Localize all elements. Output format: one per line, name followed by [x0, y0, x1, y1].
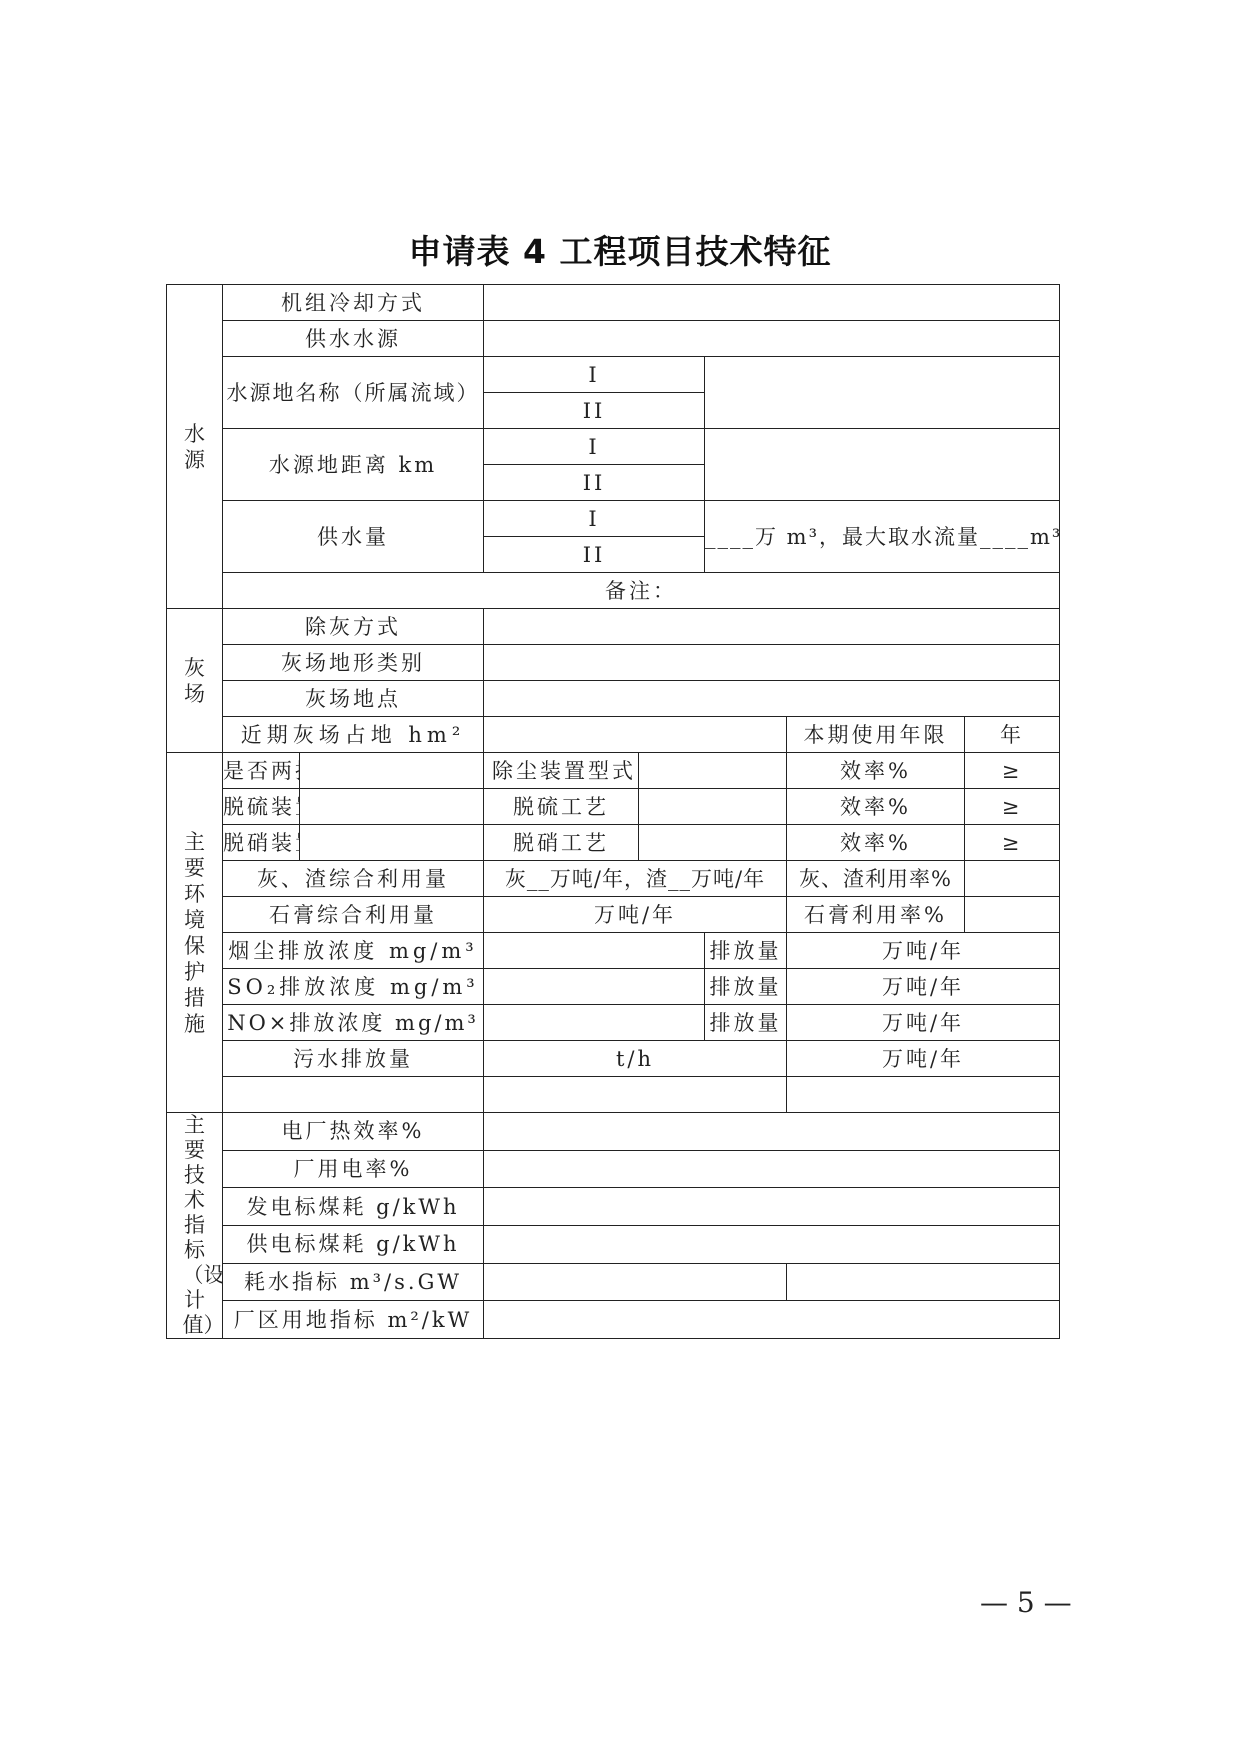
input-two-control[interactable]	[300, 753, 484, 789]
label-land-index: 厂区用地指标 m²/kW	[223, 1301, 484, 1339]
sewage-annual-field[interactable]: 万吨/年	[787, 1041, 1060, 1077]
ge-field[interactable]: ≥	[965, 753, 1060, 789]
input-supply-source[interactable]	[484, 321, 1060, 357]
label-gypsum-use: 石膏综合利用量	[223, 897, 484, 933]
nox-emission-field[interactable]: 万吨/年	[787, 1005, 1060, 1041]
label-ash-removal: 除灰方式	[223, 609, 484, 645]
input-water-index-a[interactable]	[484, 1263, 787, 1301]
ge-field[interactable]: ≥	[965, 789, 1060, 825]
label-emission: 排放量	[705, 1005, 787, 1041]
label-denitr-device: 脱硝装置	[223, 825, 300, 861]
input-distance[interactable]	[705, 429, 1060, 501]
input-land-index[interactable]	[484, 1301, 1060, 1339]
label-desulf-device: 脱硫装置	[223, 789, 300, 825]
sub-label-I: I	[484, 501, 705, 537]
sub-label-II: II	[484, 393, 705, 429]
label-source-name: 水源地名称（所属流域）	[223, 357, 484, 429]
label-emission: 排放量	[705, 969, 787, 1005]
input-ash-removal[interactable]	[484, 609, 1060, 645]
supply-volume-field[interactable]: ____万 m³，最大取水流量____m³/s	[705, 501, 1060, 573]
sub-label-I: I	[484, 357, 705, 393]
input-ash-terrain[interactable]	[484, 645, 1060, 681]
label-ash-slag-rate: 灰、渣利用率%	[787, 861, 965, 897]
label-cooling: 机组冷却方式	[223, 285, 484, 321]
label-denitr-process: 脱硝工艺	[484, 825, 639, 861]
label-desulf-process: 脱硫工艺	[484, 789, 639, 825]
blank-field[interactable]	[484, 1077, 787, 1113]
label-dust-type: 除尘装置型式	[484, 753, 639, 789]
label-dust-conc: 烟尘排放浓度 mg/m³	[223, 933, 484, 969]
remark-field[interactable]: 备注：	[223, 573, 1060, 609]
label-gen-coal: 发电标煤耗 g/kWh	[223, 1188, 484, 1226]
label-sewage: 污水排放量	[223, 1041, 484, 1077]
technical-features-table: 水源 机组冷却方式 供水水源 水源地名称（所属流域） I II 水源地距离 km…	[166, 284, 1060, 1339]
label-ash-slag-use: 灰、渣综合利用量	[223, 861, 484, 897]
sewage-field[interactable]: t/h	[484, 1041, 787, 1077]
label-two-control: 是否两控区	[223, 753, 300, 789]
input-cooling[interactable]	[484, 285, 1060, 321]
section-tech-label: 主要技术指标（设计值）	[167, 1113, 223, 1339]
page-number: — 5 —	[980, 1586, 1072, 1619]
label-efficiency: 效率%	[787, 753, 965, 789]
input-nox-conc[interactable]	[484, 1005, 705, 1041]
label-ash-location: 灰场地点	[223, 681, 484, 717]
label-emission: 排放量	[705, 933, 787, 969]
input-source-name[interactable]	[705, 357, 1060, 429]
so2-emission-field[interactable]: 万吨/年	[787, 969, 1060, 1005]
input-gen-coal[interactable]	[484, 1188, 1060, 1226]
input-ash-slag-rate[interactable]	[965, 861, 1060, 897]
input-water-index-b[interactable]	[787, 1263, 1060, 1301]
section-water-label: 水源	[167, 285, 223, 609]
input-ash-area[interactable]	[484, 717, 787, 753]
label-ash-terrain: 灰场地形类别	[223, 645, 484, 681]
section-ash-label: 灰场	[167, 609, 223, 753]
label-ash-area: 近期灰场占地 hm²	[223, 717, 484, 753]
input-aux-power[interactable]	[484, 1150, 1060, 1188]
label-efficiency: 效率%	[787, 789, 965, 825]
sub-label-II: II	[484, 465, 705, 501]
label-water-index: 耗水指标 m³/s.GW	[223, 1263, 484, 1301]
blank-field[interactable]	[787, 1077, 1060, 1113]
label-supply-source: 供水水源	[223, 321, 484, 357]
input-so2-conc[interactable]	[484, 969, 705, 1005]
ash-slag-use-field[interactable]: 灰__万吨/年，渣__万吨/年	[484, 861, 787, 897]
input-dust-type[interactable]	[639, 753, 787, 789]
sub-label-I: I	[484, 429, 705, 465]
label-efficiency: 效率%	[787, 825, 965, 861]
label-lifetime: 本期使用年限	[787, 717, 965, 753]
sub-label-II: II	[484, 537, 705, 573]
blank-label	[223, 1077, 484, 1113]
input-denitr-process[interactable]	[639, 825, 787, 861]
input-desulf-process[interactable]	[639, 789, 787, 825]
input-gypsum-rate[interactable]	[965, 897, 1060, 933]
input-ash-location[interactable]	[484, 681, 1060, 717]
ge-field[interactable]: ≥	[965, 825, 1060, 861]
input-thermal-eff[interactable]	[484, 1113, 1060, 1151]
input-supply-coal[interactable]	[484, 1225, 1060, 1263]
label-aux-power: 厂用电率%	[223, 1150, 484, 1188]
page-title: 申请表 4 工程项目技术特征	[0, 226, 1240, 273]
lifetime-unit[interactable]: 年	[965, 717, 1060, 753]
section-env-label: 主要环境保护措施	[167, 753, 223, 1113]
input-dust-conc[interactable]	[484, 933, 705, 969]
input-denitr-device[interactable]	[300, 825, 484, 861]
label-thermal-eff: 电厂热效率%	[223, 1113, 484, 1151]
label-gypsum-rate: 石膏利用率%	[787, 897, 965, 933]
label-distance: 水源地距离 km	[223, 429, 484, 501]
input-desulf-device[interactable]	[300, 789, 484, 825]
label-supply-volume: 供水量	[223, 501, 484, 573]
label-so2-conc: SO₂排放浓度 mg/m³	[223, 969, 484, 1005]
dust-emission-field[interactable]: 万吨/年	[787, 933, 1060, 969]
label-nox-conc: NO×排放浓度 mg/m³	[223, 1005, 484, 1041]
gypsum-use-field[interactable]: 万吨/年	[484, 897, 787, 933]
label-supply-coal: 供电标煤耗 g/kWh	[223, 1225, 484, 1263]
